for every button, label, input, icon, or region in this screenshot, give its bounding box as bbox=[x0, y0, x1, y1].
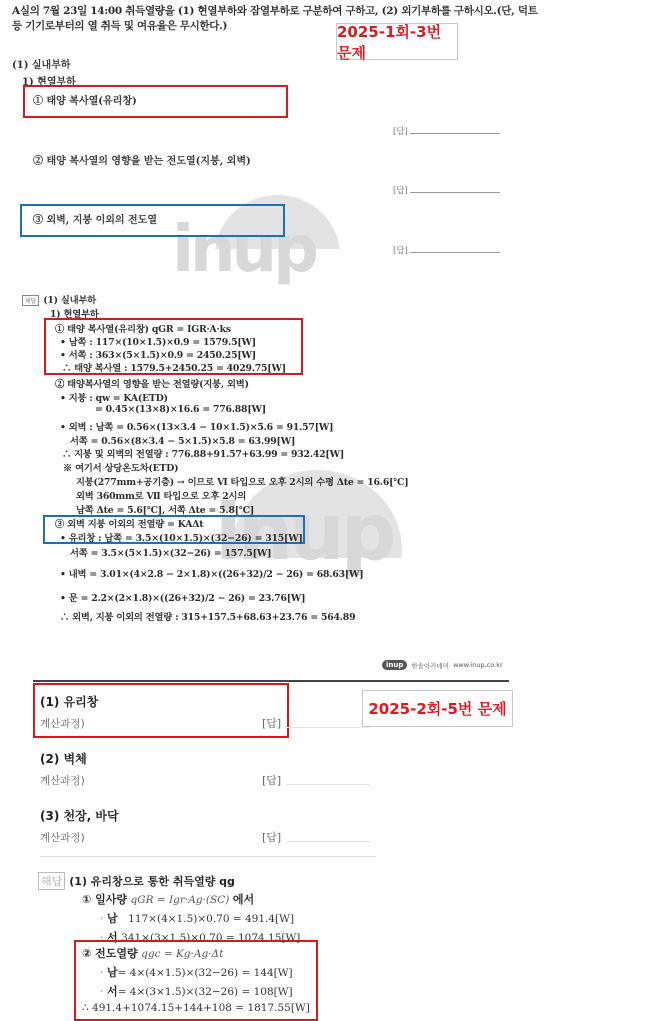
item-1-label: ① 태양 복사열(유리창) bbox=[33, 92, 137, 107]
solution-section-label: (1) 실내부하 bbox=[43, 295, 96, 306]
sol1-part2-line: ∴ 지붕 및 외벽의 전열량 : 776.88+91.57+63.99 = 93… bbox=[62, 446, 344, 460]
sol2-part1-formula: qGR = Igr·Ag·(SC) bbox=[131, 894, 230, 906]
sol2-part1-suffix: 에서 bbox=[233, 893, 254, 906]
sol2-expr: 117×(4×1.5)×0.70 = 491.4[W] bbox=[128, 913, 294, 925]
brand-url[interactable]: www.inup.co.kr bbox=[453, 661, 503, 669]
sol1-part2-line: ※ 여기서 상당온도차(ETD) bbox=[63, 460, 178, 474]
sol2-title: (1) 유리창으로 통한 취득열량 qg bbox=[69, 875, 235, 888]
item-1-answer-line[interactable] bbox=[410, 133, 500, 134]
problem2-label: 2025-2회-5번 문제 bbox=[362, 690, 513, 727]
sol2-expr: = 4×(3×1.5)×(32−26) = 108[W] bbox=[118, 986, 293, 998]
item-2-answer-line[interactable] bbox=[410, 192, 500, 193]
item-3-label: ③ 외벽, 지붕 이외의 전도열 bbox=[33, 211, 157, 226]
p2-item-3-title: (3) 천장, 바닥 bbox=[40, 807, 119, 824]
p2-item-2-title: (2) 벽체 bbox=[40, 750, 87, 767]
sol1-part3-line: ∴ 외벽, 지붕 이외의 전열량 : 315+157.5+68.63+23.76… bbox=[60, 609, 355, 623]
item-2-label: ② 태양 복사열의 영향을 받는 전도열(지붕, 외벽) bbox=[33, 152, 251, 167]
sol1-part2-line: 남쪽 Δte = 5.6[℃], 서쪽 Δte = 5.8[℃] bbox=[76, 502, 254, 516]
brand-logo-icon: inup bbox=[382, 660, 407, 670]
sol1-part3-line: • 내벽 = 3.01×(4×2.8 − 2×1.8)×((26+32)/2 −… bbox=[60, 566, 364, 580]
sol2-dir: 남 bbox=[107, 966, 118, 979]
divider-light bbox=[40, 856, 376, 857]
sol2-part2-formula: qgc = Kg·Ag·Δt bbox=[141, 948, 223, 960]
item-1-answer-label: [답] bbox=[393, 125, 408, 137]
sol1-part3-line: 서쪽 = 3.5×(5×1.5)×(32−26) = 157.5[W] bbox=[70, 545, 271, 559]
p2-item-1-calc: 계산과정) bbox=[40, 716, 85, 731]
sol1-part2-line: 서쪽 = 0.56×(8×3.4 − 5×1.5)×5.8 = 63.99[W] bbox=[70, 433, 295, 447]
sol1-part1-line: ∴ 태양 복사열 : 1579.5+2450.25 = 4029.75[W] bbox=[62, 360, 286, 374]
sol1-part3-line: • 유리창 : 남쪽 = 3.5×(10×1.5)×(32−26) = 315[… bbox=[60, 530, 303, 544]
p2-item-3-answer-line[interactable] bbox=[286, 841, 370, 842]
p2-item-2-answer-line[interactable] bbox=[286, 784, 370, 785]
sol2-part1-title-row: ① 일사량 qGR = Igr·Ag·(SC) 에서 bbox=[82, 891, 254, 907]
p2-item-1-answer: [답] bbox=[262, 715, 281, 731]
item-3-answer-label: [답] bbox=[393, 244, 408, 256]
sol1-part2-line: = 0.45×(13×8)×16.6 = 776.88[W] bbox=[95, 404, 266, 415]
solution-badge: 해답 bbox=[22, 295, 39, 306]
sol2-total: ∴ 491.4+1074.15+144+108 = 1817.55[W] bbox=[82, 1002, 310, 1014]
p2-item-1-answer-line[interactable] bbox=[286, 727, 370, 728]
question-line-2: 등 기기로부터의 열 취득 및 여유율은 무시한다.) bbox=[12, 18, 227, 33]
sol2-part2-line: · 남= 4×(4×1.5)×(32−26) = 144[W] bbox=[100, 964, 293, 980]
p2-item-1-title: (1) 유리창 bbox=[40, 693, 98, 710]
section-heading: (1) 실내부하 bbox=[12, 56, 71, 71]
sol2-expr: = 4×(4×1.5)×(32−26) = 144[W] bbox=[118, 967, 293, 979]
sol1-part1-title: ① 태양 복사열(유리창) qGR = IGR·A·ks bbox=[55, 321, 231, 335]
sol1-part2-line: 지붕(277mm+공기층) → 이므로 Ⅵ 타입으로 오후 2시의 수평 Δte… bbox=[76, 474, 408, 488]
item-3-answer-line[interactable] bbox=[410, 252, 500, 253]
solution1-section: 해답(1) 실내부하 bbox=[22, 292, 96, 306]
problem1-label: 2025-1회-3번 문제 bbox=[336, 23, 458, 60]
sol1-part2-line: • 지붕 : qw = KA(ETD) bbox=[60, 390, 168, 404]
p2-item-2-answer: [답] bbox=[262, 772, 281, 788]
sol2-part2-prefix: ② 전도열량 bbox=[82, 947, 138, 960]
sol1-part3-title: ③ 외벽 지붕 이외의 전열량 = KAΔt bbox=[55, 516, 203, 530]
sol1-part1-line: • 남쪽 : 117×(10×1.5)×0.9 = 1579.5[W] bbox=[60, 334, 256, 348]
solution2-badge: 해답 bbox=[38, 872, 65, 890]
sol1-part3-line: • 문 = 2.2×(2×1.8)×((26+32)/2 − 26) = 23.… bbox=[60, 590, 305, 604]
question-line-1: A실의 7월 23일 14:00 취득열량을 (1) 현열부하와 잠열부하로 구… bbox=[12, 3, 538, 18]
sol2-part1-line: · 남 117×(4×1.5)×0.70 = 491.4[W] bbox=[100, 910, 294, 926]
footer-brand: inup 한솔아카데미 www.inup.co.kr bbox=[382, 660, 503, 670]
p2-item-2-calc: 계산과정) bbox=[40, 773, 85, 788]
sol1-part1-line: • 서쪽 : 363×(5×1.5)×0.9 = 2450.25[W] bbox=[60, 347, 256, 361]
sol2-title-row: 해답(1) 유리창으로 통한 취득열량 qg bbox=[38, 872, 235, 890]
brand-name: 한솔아카데미 bbox=[411, 661, 449, 670]
sol2-part2-title-row: ② 전도열량 qgc = Kg·Ag·Δt bbox=[82, 945, 223, 961]
sol2-dir: 서 bbox=[107, 985, 118, 998]
sol1-part2-title: ② 태양복사열의 영향을 받는 전열량(지붕, 외벽) bbox=[55, 376, 249, 390]
sol2-part2-line: · 서= 4×(3×1.5)×(32−26) = 108[W] bbox=[100, 983, 293, 999]
divider-dark bbox=[33, 680, 509, 682]
p2-item-3-calc: 계산과정) bbox=[40, 830, 85, 845]
p2-item-3-answer: [답] bbox=[262, 829, 281, 845]
sol1-part2-line: • 외벽 : 남쪽 = 0.56×(13×3.4 − 10×1.5)×5.6 =… bbox=[60, 419, 333, 433]
sol2-part1-prefix: ① 일사량 bbox=[82, 893, 127, 906]
sol2-dir: 남 bbox=[107, 912, 118, 925]
sol1-part2-line: 외벽 360mm로 Ⅶ 타입으로 오후 2시의 bbox=[76, 488, 246, 502]
item-2-answer-label: [답] bbox=[393, 184, 408, 196]
